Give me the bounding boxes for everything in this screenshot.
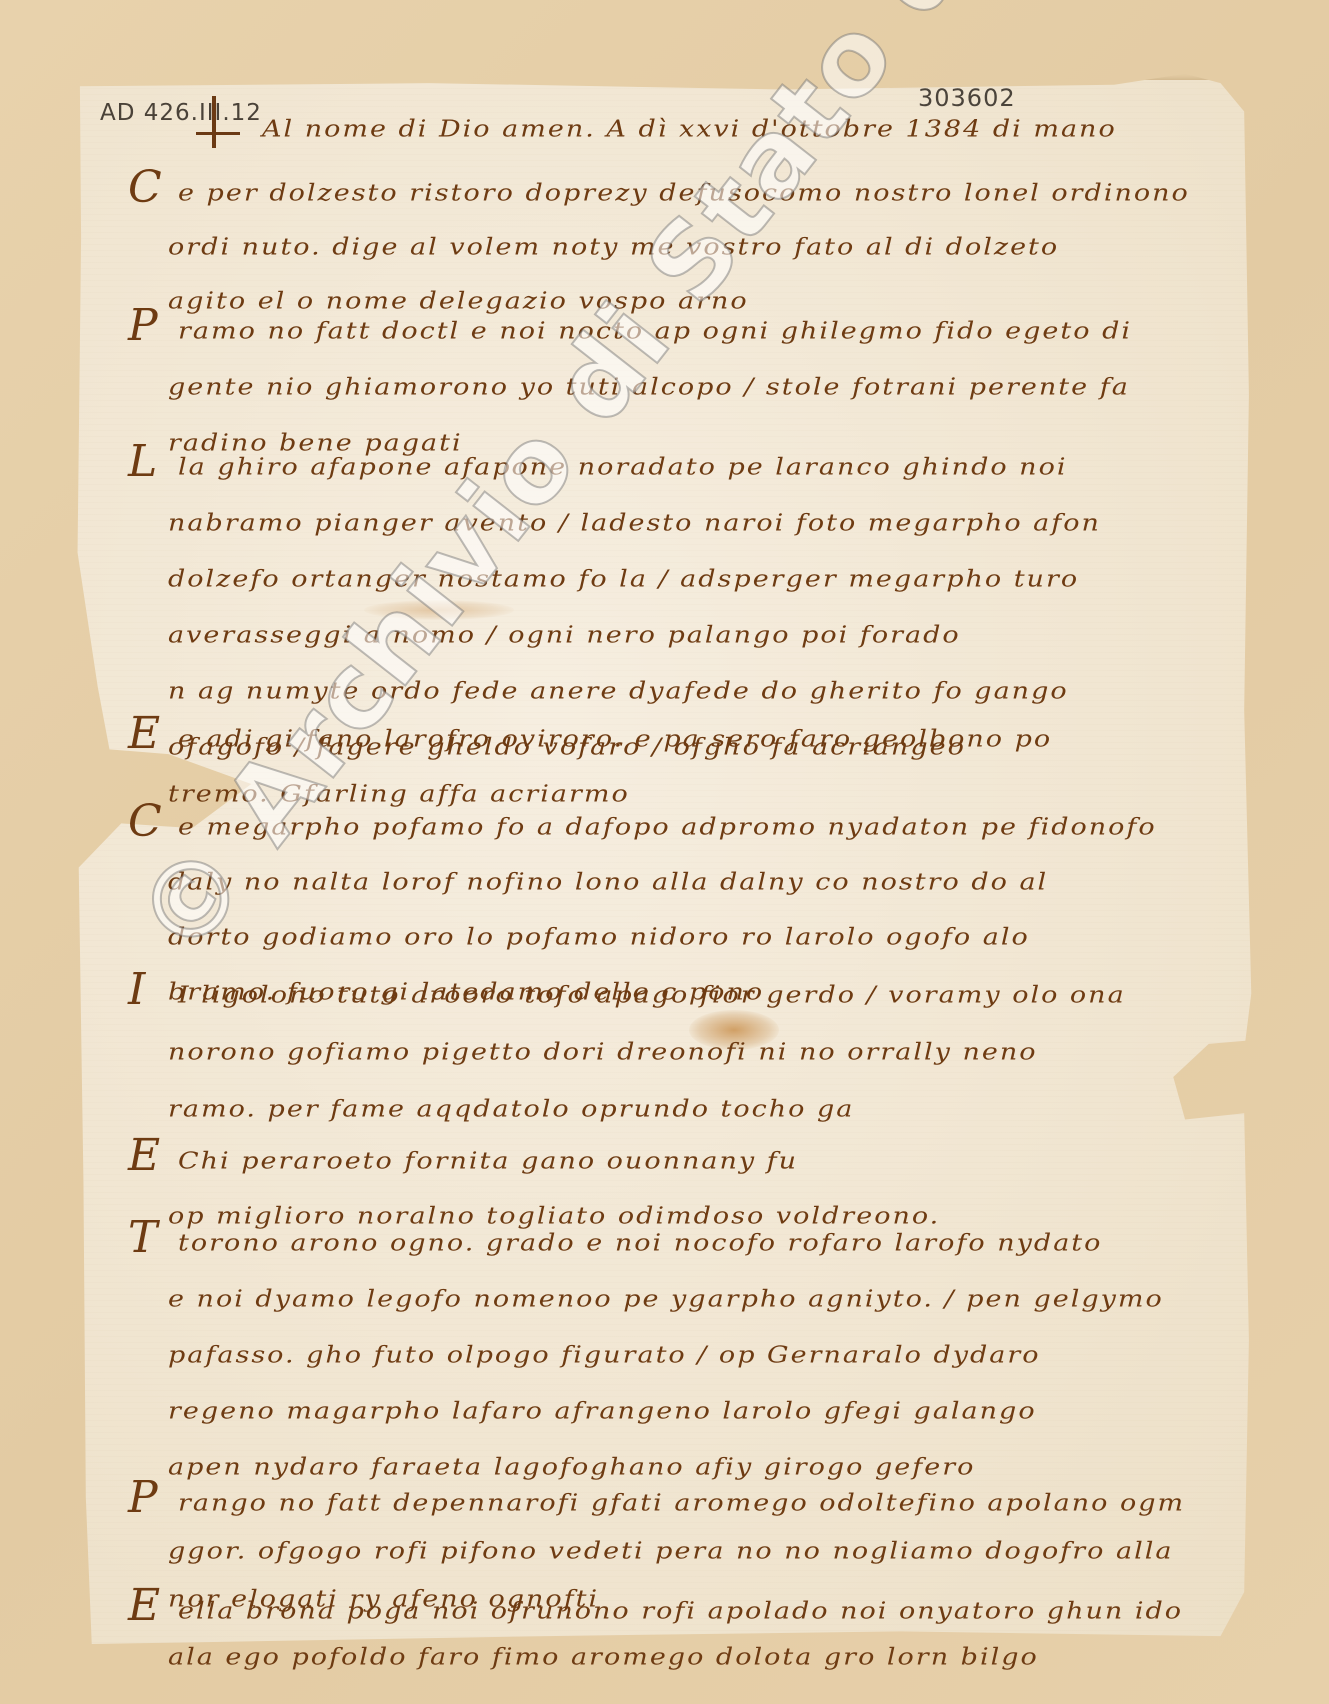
manuscript-line: I ligolono tuto arooro tofo apago fior g… xyxy=(178,982,1126,1008)
shelfmark-label: AD 426.III.12 xyxy=(100,100,262,126)
manuscript-line: e noi dyamo legofo nomenoo pe ygarpho ag… xyxy=(168,1286,1164,1312)
manuscript-line: ordi nuto. dige al volem noty me vostro … xyxy=(168,234,1059,260)
paragraph-initial: P xyxy=(128,1472,158,1523)
paragraph-initial: I xyxy=(128,964,145,1015)
manuscript-line: la ghiro afapone afapone noradato pe lar… xyxy=(178,454,1067,480)
header-line: Al nome di Dio amen. A dì xxvi d'ottobre… xyxy=(262,116,1117,142)
manuscript-line: daly no nalta lorof nofino lono alla dal… xyxy=(168,869,1048,895)
paragraph-initial: E xyxy=(128,708,160,759)
paragraph-initial: P xyxy=(128,300,158,351)
manuscript-line: radino bene pagati xyxy=(168,430,463,456)
paragraph-initial: T xyxy=(128,1212,157,1263)
manuscript-line: dolzefo ortanger nostamo fo la / adsperg… xyxy=(168,566,1079,592)
manuscript-line: apen nydaro faraeta lagofoghano afiy gir… xyxy=(168,1454,975,1480)
manuscript-line: rango no fatt depennarofi gfati aromego … xyxy=(178,1490,1185,1516)
manuscript-line: ggor. ofgogo rofi pifono vedeti pera no … xyxy=(168,1538,1174,1564)
manuscript-line: Chi peraroeto fornita gano ouonnany fu xyxy=(178,1148,798,1174)
paragraph-initial: C xyxy=(128,162,162,213)
manuscript-line: pafasso. gho futo olpogo figurato / op G… xyxy=(168,1342,1041,1368)
manuscript-line: ala ego pofoldo faro fimo aromego dolota… xyxy=(168,1644,1039,1670)
manuscript-line: ramo. per fame aqqdatolo oprundo tocho g… xyxy=(168,1096,854,1122)
manuscript-line: regeno magarpho lafaro afrangeno larolo … xyxy=(168,1398,1037,1424)
paragraph-initial: C xyxy=(128,796,162,847)
manuscript-line: ella brona poga noi ofrunono rofi apolad… xyxy=(178,1598,1183,1624)
manuscript-line: averasseggi a nomo / ogni nero palango p… xyxy=(168,622,961,648)
paragraph-initial: E xyxy=(128,1130,160,1181)
manuscript-line: norono gofiamo pigetto dori dreonofi ni … xyxy=(168,1039,1038,1065)
archive-id-number: 303602 xyxy=(918,84,1016,112)
manuscript-line: op miglioro noralno togliato odimdoso vo… xyxy=(168,1203,940,1229)
manuscript-line: nabramo pianger avento / ladesto naroi f… xyxy=(168,510,1101,536)
paragraph-initial: L xyxy=(128,436,157,487)
invocation-cross-bar xyxy=(196,132,240,135)
paragraph-initial: E xyxy=(128,1580,160,1631)
manuscript-line: torono arono ogno. grado e noi nocofo ro… xyxy=(178,1230,1102,1256)
invocation-cross-icon xyxy=(212,96,216,148)
manuscript-line: dorto godiamo oro lo pofamo nidoro ro la… xyxy=(168,924,1030,950)
